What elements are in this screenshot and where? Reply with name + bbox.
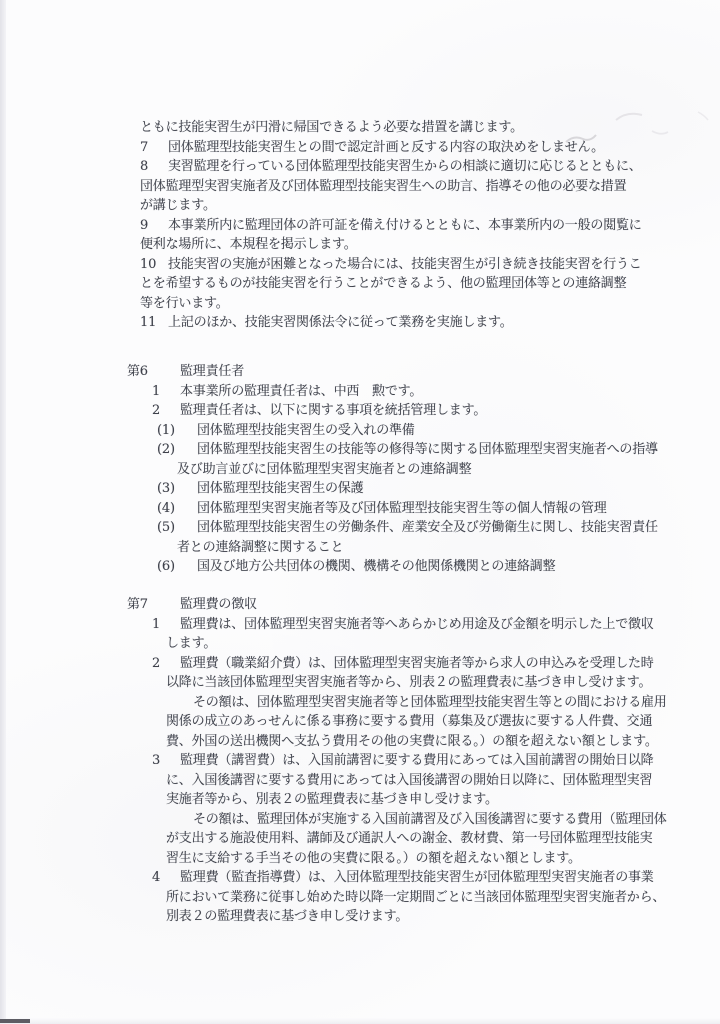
line-text: 団体監理型技能実習生の労働条件、産業安全及び労働衛生に関し、技能実習責任	[197, 520, 658, 535]
item-marker: (6)	[157, 557, 197, 577]
doc-line: 費、外国の送出機関へ支払う費用その他の実費に限る。）の額を超えない額とします。	[0, 732, 720, 752]
scan-bottom-edge-shadow	[0, 1018, 720, 1024]
item-marker: 8	[140, 157, 168, 177]
doc-line: 所において業務に従事し始めた時以降一定期間ごとに当該団体監理型実習実施者から、	[0, 888, 720, 908]
line-text: 監理費（職業紹介費）は、団体監理型実習実施者等から求人の申込みを受理した時	[180, 656, 654, 671]
doc-line: 2監理責任者は、以下に関する事項を統括管理します。	[0, 401, 720, 421]
item-marker: (2)	[157, 440, 197, 460]
line-text: 実習監理を行っている団体監理型技能実習生からの相談に適切に応じるとともに、	[168, 159, 642, 174]
line-text: が支出する施設使用料、講師及び通訳人への謝金、教材費、第一号団体監理型技能実	[166, 831, 652, 846]
doc-line: (6)国及び地方公共団体の機関、機構その他関係機関との連絡調整	[0, 557, 720, 577]
line-text: 関係の成立のあっせんに係る事務に要する費用（募集及び選抜に要する人件費、交通	[166, 714, 652, 729]
line-text: 以降に当該団体監理型実習実施者等から、別表２の監理費表に基づき申し受けます。	[166, 675, 651, 690]
section-heading: 第7監理費の徴収	[0, 595, 720, 615]
section-7-block: 第7監理費の徴収 1監理費は、団体監理型実習実施者等へあらかじめ用途及び金額を明…	[0, 595, 720, 927]
doc-line: 11上記のほか、技能実習関係法令に従って業務を実施します。	[0, 313, 720, 333]
section-number: 第7	[127, 595, 180, 615]
doc-line: 4監理費（監査指導費）は、入団体監理型技能実習生が団体監理型実習実施者の事業	[0, 868, 720, 888]
line-text: 団体監理型技能実習生の受入れの準備	[197, 423, 415, 438]
doc-line: (5)団体監理型技能実習生の労働条件、産業安全及び労働衛生に関し、技能実習責任	[0, 518, 720, 538]
section-items-7-11: ともに技能実習生が円滑に帰国できるよう必要な措置を講じます。 7団体監理型技能実…	[0, 118, 720, 333]
line-text: 団体監理型技能実習生の技能等の修得等に関する団体監理型実習実施者への指導	[197, 442, 658, 457]
item-marker: 9	[140, 216, 168, 236]
item-marker: (1)	[157, 421, 197, 441]
line-text: 及び助言並びに団体監理型実習実施者との連絡調整	[177, 462, 471, 477]
doc-line: その額は、団体監理型実習実施者等と団体監理型技能実習生等との間における雇用	[0, 693, 720, 713]
doc-line: 10技能実習の実施が困難となった場合には、技能実習生が引き続き技能実習を行うこ	[0, 255, 720, 275]
line-text: 者との連絡調整に関すること	[177, 540, 343, 555]
doc-line: 習生に支給する手当その他の実費に限る。）の額を超えない額とします。	[0, 849, 720, 869]
doc-line: 団体監理型実習実施者及び団体監理型技能実習生への助言、指導その他の必要な措置	[0, 177, 720, 197]
section-6-block: 第6監理責任者 1本事業所の監理責任者は、中西 勲です。 2監理責任者は、以下に…	[0, 362, 720, 577]
doc-line: が支出する施設使用料、講師及び通訳人への謝金、教材費、第一号団体監理型技能実	[0, 829, 720, 849]
item-marker: 11	[140, 313, 168, 333]
item-marker: 3	[152, 751, 180, 771]
line-text: 習生に支給する手当その他の実費に限る。）の額を超えない額とします。	[166, 851, 581, 866]
doc-line: (2)団体監理型技能実習生の技能等の修得等に関する団体監理型実習実施者への指導	[0, 440, 720, 460]
scan-corner-mark	[0, 1019, 30, 1023]
item-marker: (5)	[157, 518, 197, 538]
item-marker: (3)	[157, 479, 197, 499]
line-text: 別表２の監理費表に基づき申し受けます。	[166, 909, 408, 924]
section-title: 監理責任者	[180, 364, 244, 379]
line-text: 団体監理型技能実習生の保護	[197, 481, 363, 496]
item-marker: 2	[152, 654, 180, 674]
section-heading: 第6監理責任者	[0, 362, 720, 382]
line-text: 国及び地方公共団体の機関、機構その他関係機関との連絡調整	[197, 559, 555, 574]
scanned-page: ともに技能実習生が円滑に帰国できるよう必要な措置を講じます。 7団体監理型技能実…	[0, 0, 720, 1024]
doc-line: に、入国後講習に要する費用にあっては入国後講習の開始日以降に、団体監理型実習	[0, 771, 720, 791]
doc-line: 関係の成立のあっせんに係る事務に要する費用（募集及び選抜に要する人件費、交通	[0, 712, 720, 732]
line-text: その額は、団体監理型実習実施者等と団体監理型技能実習生等との間における雇用	[193, 695, 667, 710]
line-text: 団体監理型技能実習生との間で認定計画と反する内容の取決めをしません。	[168, 140, 604, 155]
line-text: します。	[166, 636, 216, 651]
doc-line: 便利な場所に、本規程を掲示します。	[0, 235, 720, 255]
doc-line: 2監理費（職業紹介費）は、団体監理型実習実施者等から求人の申込みを受理した時	[0, 654, 720, 674]
line-text: 便利な場所に、本規程を掲示します。	[140, 237, 357, 252]
line-text: 本事業所内に監理団体の許可証を備え付けるとともに、本事業所内の一般の閲覧に	[168, 218, 642, 233]
line-text: 団体監理型実習実施者等及び団体監理型技能実習生等の個人情報の管理	[197, 501, 607, 516]
item-marker: 7	[140, 138, 168, 158]
doc-line: (4)団体監理型実習実施者等及び団体監理型技能実習生等の個人情報の管理	[0, 499, 720, 519]
line-text: 上記のほか、技能実習関係法令に従って業務を実施します。	[168, 315, 513, 330]
section-number: 第6	[127, 362, 180, 382]
item-marker: 1	[152, 615, 180, 635]
line-text: が講じます。	[140, 198, 216, 213]
line-text: 費、外国の送出機関へ支払う費用その他の実費に限る。）の額を超えない額とします。	[166, 734, 658, 749]
line-text: 所において業務に従事し始めた時以降一定期間ごとに当該団体監理型実習実施者から、	[166, 890, 665, 905]
item-marker: (4)	[157, 499, 197, 519]
item-marker: 4	[152, 868, 180, 888]
doc-line: その額は、監理団体が実施する入国前講習及び入国後講習に要する費用（監理団体	[0, 810, 720, 830]
item-marker: 2	[152, 401, 180, 421]
doc-line: します。	[0, 634, 720, 654]
item-marker: 1	[152, 382, 180, 402]
doc-line: 別表２の監理費表に基づき申し受けます。	[0, 907, 720, 927]
doc-line: 以降に当該団体監理型実習実施者等から、別表２の監理費表に基づき申し受けます。	[0, 673, 720, 693]
doc-line: 9本事業所内に監理団体の許可証を備え付けるとともに、本事業所内の一般の閲覧に	[0, 216, 720, 236]
doc-line: ともに技能実習生が円滑に帰国できるよう必要な措置を講じます。	[0, 118, 720, 138]
section-title: 監理費の徴収	[180, 597, 257, 612]
doc-line: (1)団体監理型技能実習生の受入れの準備	[0, 421, 720, 441]
line-text: に、入国後講習に要する費用にあっては入国後講習の開始日以降に、団体監理型実習	[166, 773, 652, 788]
doc-line: が講じます。	[0, 196, 720, 216]
item-marker: 10	[140, 255, 168, 275]
line-text: 実施者等から、別表２の監理費表に基づき申し受けます。	[166, 792, 498, 807]
doc-line: 1監理費は、団体監理型実習実施者等へあらかじめ用途及び金額を明示した上で徴収	[0, 615, 720, 635]
doc-line: 3監理費（講習費）は、入国前講習に要する費用にあっては入国前講習の開始日以降	[0, 751, 720, 771]
doc-line: 等を行います。	[0, 294, 720, 314]
doc-line: 及び助言並びに団体監理型実習実施者との連絡調整	[0, 460, 720, 480]
line-text: 監理責任者は、以下に関する事項を統括管理します。	[180, 403, 486, 418]
doc-line: 実施者等から、別表２の監理費表に基づき申し受けます。	[0, 790, 720, 810]
line-text: 本事業所の監理責任者は、中西 勲です。	[180, 384, 422, 399]
line-text: とを希望するものが技能実習を行うことができるよう、他の監理団体等との連絡調整	[140, 276, 626, 291]
doc-line: 8実習監理を行っている団体監理型技能実習生からの相談に適切に応じるとともに、	[0, 157, 720, 177]
line-text: ともに技能実習生が円滑に帰国できるよう必要な措置を講じます。	[140, 120, 523, 135]
doc-line: 1本事業所の監理責任者は、中西 勲です。	[0, 382, 720, 402]
doc-line: (3)団体監理型技能実習生の保護	[0, 479, 720, 499]
doc-line: とを希望するものが技能実習を行うことができるよう、他の監理団体等との連絡調整	[0, 274, 720, 294]
line-text: 監理費（講習費）は、入国前講習に要する費用にあっては入国前講習の開始日以降	[180, 753, 653, 768]
doc-line: 7団体監理型技能実習生との間で認定計画と反する内容の取決めをしません。	[0, 138, 720, 158]
doc-line: 者との連絡調整に関すること	[0, 538, 720, 558]
line-text: 等を行います。	[140, 296, 229, 311]
line-text: 技能実習の実施が困難となった場合には、技能実習生が引き続き技能実習を行うこ	[168, 257, 642, 272]
line-text: その額は、監理団体が実施する入国前講習及び入国後講習に要する費用（監理団体	[193, 812, 667, 827]
line-text: 団体監理型実習実施者及び団体監理型技能実習生への助言、指導その他の必要な措置	[140, 179, 626, 194]
line-text: 監理費（監査指導費）は、入団体監理型技能実習生が団体監理型実習実施者の事業	[180, 870, 654, 885]
line-text: 監理費は、団体監理型実習実施者等へあらかじめ用途及び金額を明示した上で徴収	[180, 617, 654, 632]
